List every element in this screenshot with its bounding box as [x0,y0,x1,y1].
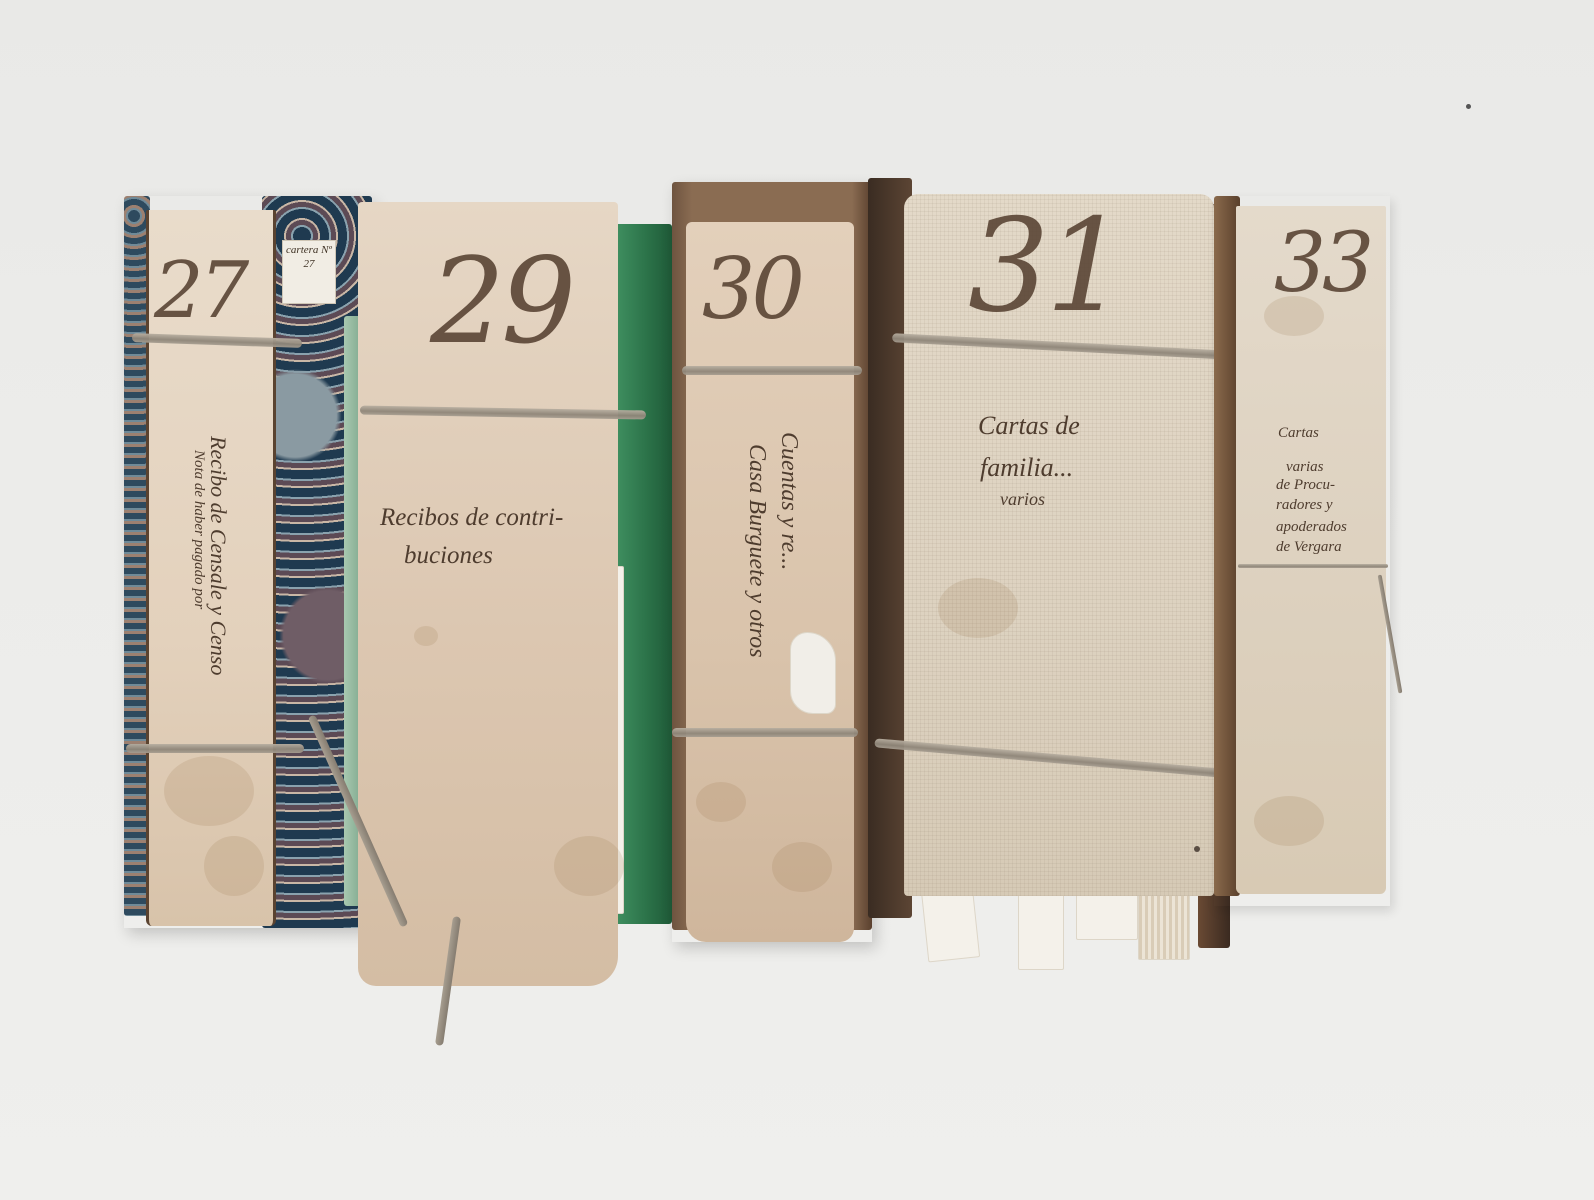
spine-label: Cuentas y re... [774,432,804,570]
bundle-29: 29 Recibos de contri- buciones [344,196,674,986]
catalog-tag: cartera Nº 27 [282,240,336,304]
bundle-number: 33 [1274,216,1370,311]
spine-label-line4: radores y [1276,496,1333,515]
bundle-30: 30 Cuentas y re... Casa Burguete y otros [672,182,872,942]
spine-label-line2: buciones [404,540,493,571]
spine-label-line3: varios [1000,488,1045,511]
water-stain [938,578,1018,638]
spine-label-line2: familia... [980,452,1073,485]
spine-sublabel: Nota de haber pagado por [189,450,208,609]
water-stain [414,626,438,646]
bundle-number: 29 [430,232,572,370]
spine-label-line6: de Vergara [1276,538,1342,557]
water-stain [204,836,264,896]
tie-cord [1238,564,1388,568]
water-stain [772,842,832,892]
spine-label-line1: Cartas [1278,424,1319,443]
torn-hole [790,632,836,714]
spine-label-line5: apoderados [1276,518,1347,537]
spine-label-line1: Recibos de contri- [380,502,563,533]
punch-hole [1194,846,1200,852]
bundle-number: 27 [154,246,245,336]
bundle-27: 27 cartera Nº 27 Recibo de Censale y Cen… [124,196,372,928]
water-stain [554,836,624,896]
spine-label-line1: Cartas de [978,410,1080,443]
tie-cord-bottom [672,728,858,737]
spine-label: Recibo de Censale y Censo [205,436,233,676]
spine-label-line2: varias [1286,458,1324,477]
bundle-31: 31 Cartas de familia... varios [868,178,1238,968]
tie-cord-bottom [126,744,304,753]
tie-cord-top [682,366,862,375]
water-stain [164,756,254,826]
spine-label-line3: de Procu- [1276,476,1335,495]
bundle-number: 30 [702,240,801,338]
bundle-33: 33 Cartas varias de Procu- radores y apo… [1214,196,1390,906]
water-stain [1254,796,1324,846]
speck [1466,104,1471,109]
bundle-number: 31 [968,192,1123,341]
spine-sublabel: Casa Burguete y otros [742,444,772,658]
water-stain [696,782,746,822]
